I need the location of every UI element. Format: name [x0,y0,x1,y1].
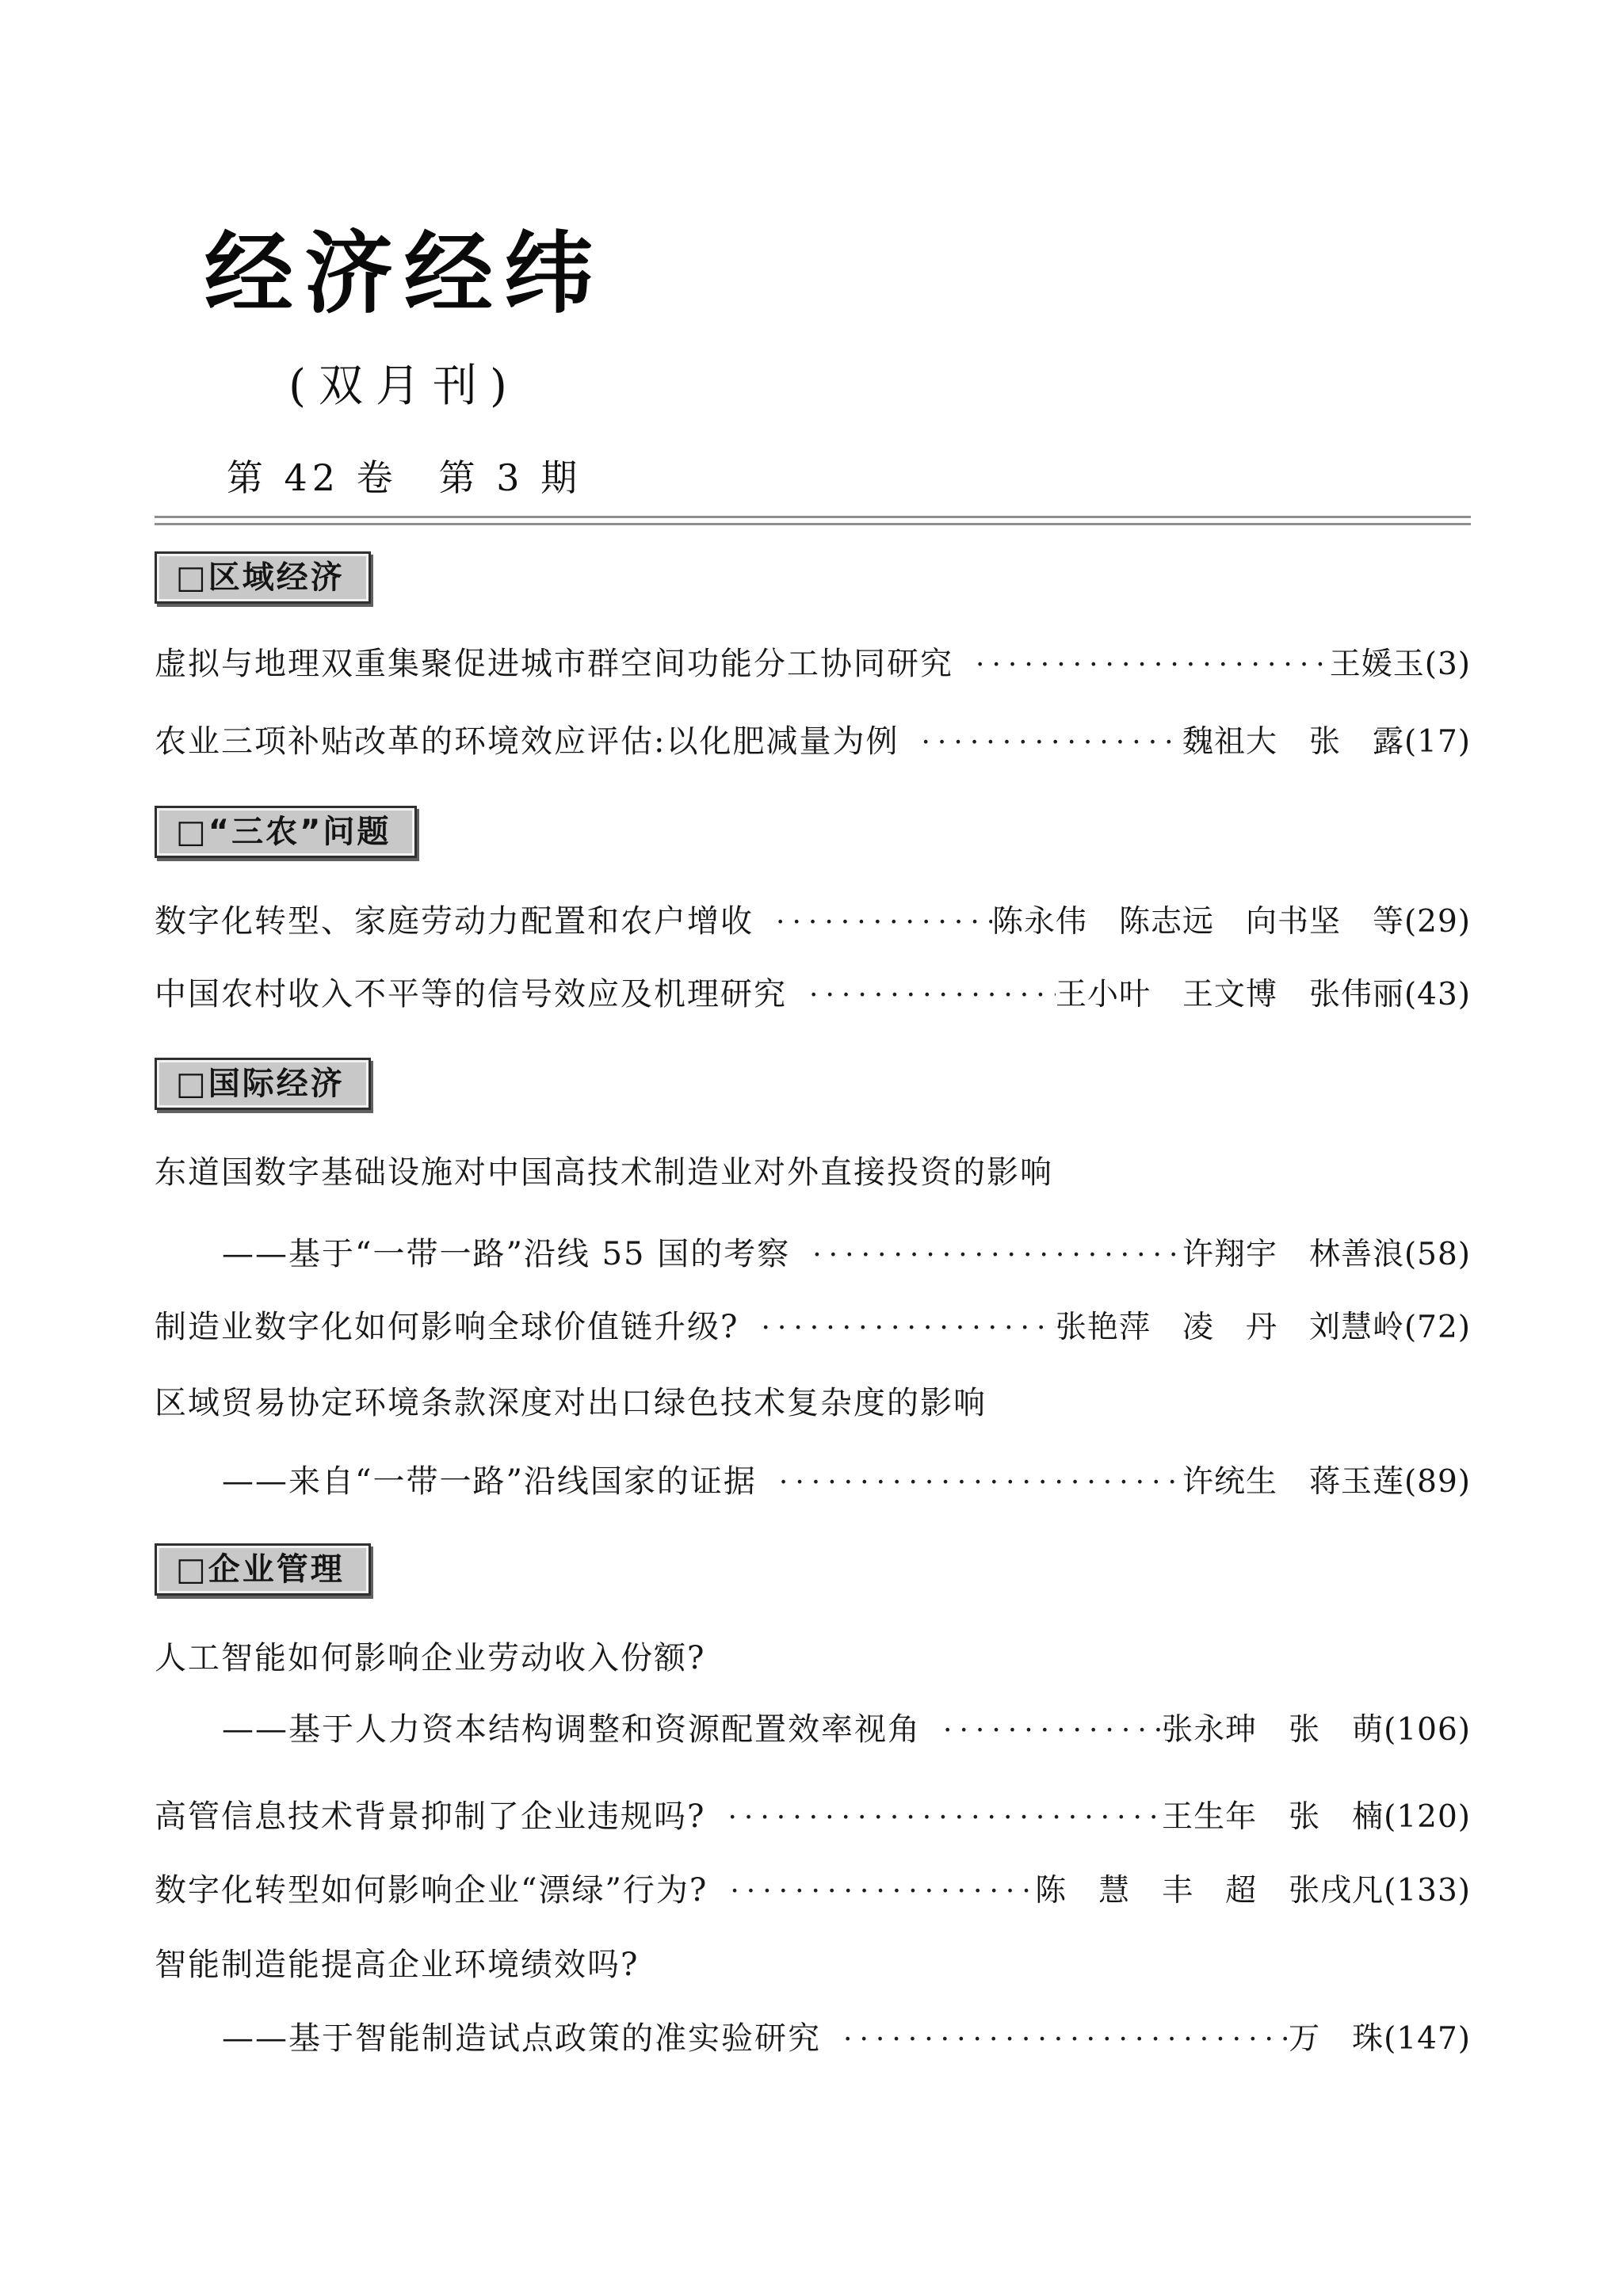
article-title: 数字化转型如何影响企业“漂绿”行为? [155,1872,708,1909]
article-row: 虚拟与地理双重集聚促进城市群空间功能分工协同研究 ···············… [155,646,1471,683]
article-row: 制造业数字化如何影响全球价值链升级? ·····················… [155,1309,1471,1346]
article-authors: 许统生 蒋玉莲(89) [1182,1465,1471,1501]
article-row: 农业三项补贴改革的环境效应评估:以化肥减量为例 ················… [155,723,1471,761]
dot-leader: ········································… [708,1875,1035,1908]
section-header-business-management: □企业管理 [155,1543,371,1596]
article-authors: 魏祖大 张 露(17) [1182,725,1471,761]
article-row: 数字化转型、家庭劳动力配置和农户增收 ·····················… [155,903,1471,940]
article-authors: 许翔宇 林善浪(58) [1182,1238,1471,1273]
article-authors: 陈永伟 陈志远 向书坚 等(29) [992,905,1471,940]
toc-page: 经济经纬 (双月刊) 第 42 卷 第 3 期 □区域经济 虚拟与地理双重集聚促… [0,0,1623,2296]
dot-leader: ········································… [821,2023,1289,2056]
dot-leader: ········································… [790,1239,1182,1272]
article-title: 东道国数字基础设施对中国高技术制造业对外直接投资的影响 [155,1154,1053,1191]
article-title: 农业三项补贴改革的环境效应评估:以化肥减量为例 [155,723,899,760]
dot-leader: ········································… [921,1714,1162,1747]
article-title: 制造业数字化如何影响全球价值链升级? [155,1309,739,1345]
section-header-regional-economy: □区域经济 [155,551,371,604]
article-row: 人工智能如何影响企业劳动收入份额? [155,1640,1471,1676]
dot-leader: ········································… [953,649,1330,681]
article-title: 高管信息技术背景抑制了企业违规吗? [155,1798,705,1835]
dot-leader: ········································… [787,979,1056,1012]
article-title: 虚拟与地理双重集聚促进城市群空间功能分工协同研究 [155,646,953,682]
dot-leader: ········································… [754,906,992,939]
dot-leader: ········································… [705,1802,1162,1834]
article-title: 数字化转型、家庭劳动力配置和农户增收 [155,903,754,940]
article-subtitle: ——基于“一带一路”沿线 55 国的考察 [222,1236,790,1272]
article-subtitle: ——基于智能制造试点政策的准实验研究 [222,2020,821,2057]
article-authors: 张艳萍 凌 丹 刘慧岭(72) [1056,1310,1471,1346]
article-row: ——基于人力资本结构调整和资源配置效率视角 ··················… [155,1711,1471,1749]
dot-leader: ········································… [899,727,1182,759]
section-header-international-economy: □国际经济 [155,1058,371,1110]
article-title: 中国农村收入不平等的信号效应及机理研究 [155,976,787,1013]
article-authors: 陈 慧 丰 超 张戌凡(133) [1035,1874,1471,1909]
article-authors: 万 珠(147) [1289,2022,1471,2058]
article-title: 智能制造能提高企业环境绩效吗? [155,1947,639,1983]
article-row: ——来自“一带一路”沿线国家的证据 ······················… [155,1463,1471,1501]
article-authors: 张永珅 张 萌(106) [1162,1713,1471,1749]
dot-leader: ········································… [739,1312,1055,1344]
article-row: 东道国数字基础设施对中国高技术制造业对外直接投资的影响 [155,1154,1471,1191]
article-subtitle: ——基于人力资本结构调整和资源配置效率视角 [222,1711,921,1748]
article-row: 数字化转型如何影响企业“漂绿”行为? ·····················… [155,1872,1471,1909]
article-row: 中国农村收入不平等的信号效应及机理研究 ····················… [155,976,1471,1013]
article-row: 区域贸易协定环境条款深度对出口绿色技术复杂度的影响 [155,1385,1471,1421]
article-authors: 王小叶 王文博 张伟丽(43) [1056,978,1471,1013]
section-header-sannong-issues: □“三农”问题 [155,806,417,858]
article-title: 区域贸易协定环境条款深度对出口绿色技术复杂度的影响 [155,1385,987,1421]
article-authors: 王生年 张 楠(120) [1162,1800,1471,1836]
article-row: 高管信息技术背景抑制了企业违规吗? ······················… [155,1798,1471,1836]
table-of-contents: □区域经济 虚拟与地理双重集聚促进城市群空间功能分工协同研究 ·········… [155,0,1471,2296]
dot-leader: ········································… [757,1466,1182,1499]
article-authors: 王媛玉(3) [1330,647,1471,683]
article-row: ——基于“一带一路”沿线 55 国的考察 ···················… [155,1236,1471,1273]
article-title: 人工智能如何影响企业劳动收入份额? [155,1640,705,1676]
article-row: 智能制造能提高企业环境绩效吗? [155,1947,1471,1983]
article-subtitle: ——来自“一带一路”沿线国家的证据 [222,1463,757,1500]
article-row: ——基于智能制造试点政策的准实验研究 ·····················… [155,2020,1471,2058]
